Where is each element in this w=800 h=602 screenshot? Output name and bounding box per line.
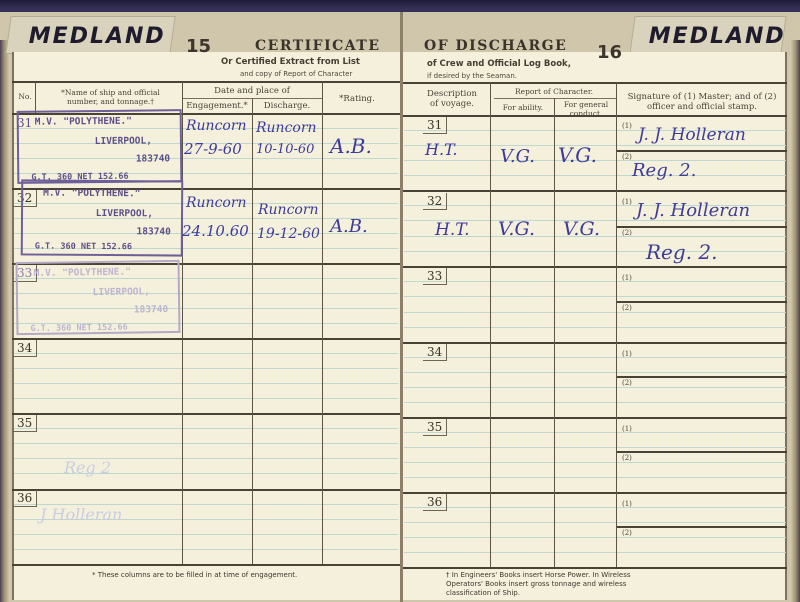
- row-number-right: 32: [423, 193, 447, 210]
- header-engagement: Engagement.*: [182, 101, 252, 111]
- conduct-report: V.G.: [563, 218, 600, 240]
- table-bottom-rule: [403, 567, 787, 569]
- col-rule-ability: [554, 98, 555, 567]
- row-rule: [12, 413, 400, 415]
- report-subheader-rule: [494, 98, 616, 99]
- page-subsmall-right: if desired by the Seaman.: [427, 72, 517, 80]
- name-tab-right-text: MEDLAND: [649, 24, 783, 49]
- row-rule: [12, 489, 400, 491]
- table-top-rule-right: [403, 82, 787, 84]
- header-date-place: Date and place of: [182, 86, 322, 96]
- footnote-left: * These columns are to be filled in at t…: [92, 571, 297, 580]
- row-rule: [403, 266, 787, 268]
- page-subsmall-left: and copy of Report of Character: [240, 70, 352, 78]
- row-number-right: 36: [423, 494, 447, 511]
- header-ship: *Name of ship and official number, and t…: [48, 88, 173, 106]
- signature-split-rule: [617, 376, 787, 378]
- col-rule-discharge: [322, 82, 323, 564]
- header-conduct: For general conduct.: [556, 100, 616, 118]
- page-number-right: 16: [597, 42, 622, 63]
- signature-split-rule: [617, 150, 787, 152]
- rating: A.B.: [330, 134, 372, 158]
- rating: A.B.: [330, 216, 368, 237]
- discharge-date: 10-10-60: [256, 142, 314, 157]
- conduct-report: V.G.: [558, 143, 597, 167]
- row-number-right: 35: [423, 419, 447, 436]
- page-title-right: OF DISCHARGE: [424, 38, 567, 54]
- col-rule-ship: [182, 82, 183, 564]
- officer-signature: Reg. 2.: [632, 160, 696, 181]
- discharge-date: 19-12-60: [257, 226, 320, 242]
- header-no: No.: [14, 92, 36, 101]
- row-rule: [403, 492, 787, 494]
- page-title-left: CERTIFICATE: [255, 38, 381, 54]
- discharge-place: Runcorn: [256, 120, 317, 136]
- table-bottom-rule: [12, 564, 400, 566]
- row-rule: [403, 417, 787, 419]
- master-signature: J. J. Holleran: [638, 125, 746, 145]
- header-rating: *Rating.: [322, 94, 392, 104]
- footnote-right: † In Engineers' Books insert Horse Power…: [446, 571, 661, 598]
- right-page-edge: [790, 40, 800, 602]
- col-rule-description: [490, 82, 491, 567]
- discharge-place: Runcorn: [258, 202, 319, 218]
- page-subtitle-left: Or Certified Extract from List: [221, 57, 360, 67]
- row-number-left: 36: [13, 490, 37, 507]
- row-number-left: 35: [13, 415, 37, 432]
- header-report: Report of Character.: [492, 87, 616, 96]
- ability-report: V.G.: [498, 218, 535, 240]
- header-signature: Signature of (1) Master; and of (2) offi…: [622, 92, 782, 112]
- col-rule-engagement: [252, 98, 253, 564]
- header-description: Description of voyage.: [424, 89, 480, 109]
- signature-split-rule: [617, 451, 787, 453]
- voyage-description: H.T.: [425, 140, 457, 159]
- row-rule: [403, 342, 787, 344]
- page-subtitle-right: of Crew and Official Log Book,: [427, 59, 571, 69]
- engagement-place: Runcorn: [186, 195, 247, 211]
- master-signature: J. J. Holleran: [636, 200, 750, 221]
- page-number-left: 15: [186, 36, 211, 57]
- row-rule: [12, 338, 400, 340]
- row-rule: [403, 190, 787, 192]
- engagement-place: Runcorn: [186, 118, 247, 134]
- signature-split-rule: [617, 526, 787, 528]
- voyage-description: H.T.: [435, 220, 469, 240]
- row-number-right: 33: [423, 268, 447, 285]
- signature-split-rule: [617, 226, 787, 228]
- ship-stamp-faded: M.V. "POLYTHENE." LIVERPOOL, 183740 G.T.…: [15, 260, 180, 335]
- header-discharge: Discharge.: [252, 101, 322, 111]
- table-top-rule-left: [12, 81, 400, 83]
- row-number-right: 34: [423, 344, 447, 361]
- engagement-date: 27-9-60: [184, 140, 242, 158]
- signature-split-rule: [617, 301, 787, 303]
- col-rule-conduct: [616, 82, 617, 567]
- ship-stamp: M.V. "POLYTHENE." LIVERPOOL, 183740 G.T.…: [17, 109, 183, 184]
- name-tab-left: MEDLAND: [5, 16, 175, 54]
- book-gutter: [400, 12, 403, 602]
- header-ability: For ability.: [492, 103, 554, 112]
- left-page-edge: [0, 40, 10, 602]
- name-tab-left-text: MEDLAND: [29, 24, 172, 49]
- ability-report: V.G.: [500, 146, 535, 167]
- row-number-left: 34: [13, 340, 37, 357]
- engagement-date: 24.10.60: [182, 222, 249, 240]
- officer-signature: Reg. 2.: [646, 240, 718, 264]
- name-tab-right: MEDLAND: [629, 16, 786, 54]
- row-number-right: 31: [423, 117, 447, 134]
- ship-stamp: M.V. "POLYTHENE." LIVERPOOL, 183740 G.T.…: [21, 179, 184, 256]
- show-through-ghost-text: J Holleran: [40, 505, 122, 524]
- show-through-ghost-text: Reg 2: [64, 458, 111, 477]
